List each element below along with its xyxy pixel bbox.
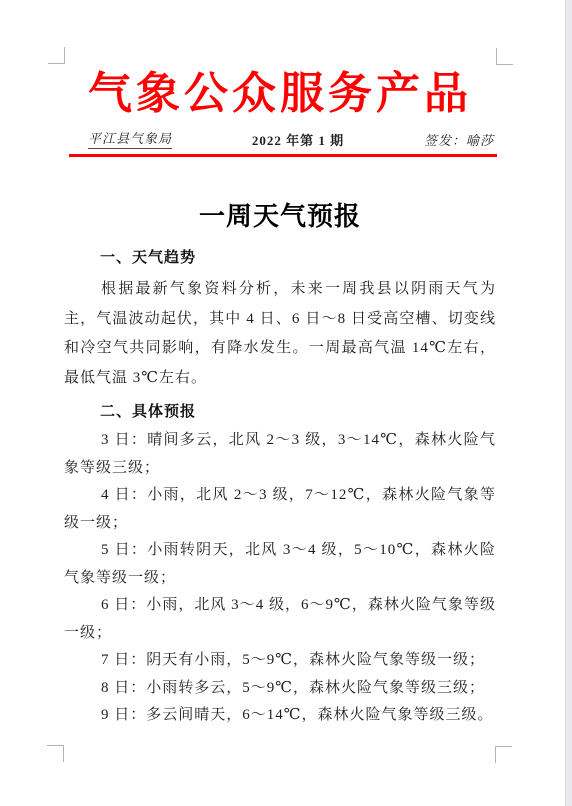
masthead-title: 气象公众服务产品 bbox=[64, 70, 496, 118]
forecast-item-day4: 4 日：小雨，北风 2～3 级，7～12℃，森林火险气象等级一级； bbox=[64, 482, 496, 537]
masthead-divider-rule bbox=[69, 154, 497, 157]
section-1-paragraph: 根据最新气象资料分析，未来一周我县以阴雨天气为主，气温波动起伏，其中 4 日、6… bbox=[64, 275, 496, 393]
forecast-item-day9: 9 日：多云间晴天，6～14℃，森林火险气象等级三级。 bbox=[64, 702, 496, 730]
masthead-info-row: 平江县气象局 2022 年第 1 期 签发：喻莎 bbox=[64, 130, 496, 149]
forecast-item-day6: 6 日：小雨，北风 3～4 级，6～9℃，森林火险气象等级一级； bbox=[64, 592, 496, 647]
section-1-heading: 一、天气趋势 bbox=[64, 247, 496, 269]
crop-mark-bottom-right bbox=[495, 746, 512, 763]
document-page: 气象公众服务产品 平江县气象局 2022 年第 1 期 签发：喻莎 一周天气预报… bbox=[0, 0, 572, 806]
document-title: 一周天气预报 bbox=[64, 201, 496, 231]
crop-mark-top-left bbox=[48, 47, 65, 64]
issue-number: 2022 年第 1 期 bbox=[252, 132, 344, 149]
signer-name: 签发：喻莎 bbox=[424, 132, 494, 149]
forecast-item-day8: 8 日：小雨转多云，5～9℃，森林火险气象等级三级； bbox=[64, 675, 496, 703]
forecast-item-day3: 3 日：晴间多云，北风 2～3 级，3～14℃，森林火险气象等级三级； bbox=[64, 427, 496, 482]
forecast-item-day5: 5 日：小雨转阴天，北风 3～4 级，5～10℃，森林火险气象等级一级； bbox=[64, 537, 496, 592]
crop-mark-top-right bbox=[496, 48, 513, 65]
page-edge bbox=[565, 0, 572, 806]
page-content: 气象公众服务产品 平江县气象局 2022 年第 1 期 签发：喻莎 一周天气预报… bbox=[64, 64, 496, 730]
agency-name: 平江县气象局 bbox=[88, 130, 172, 149]
forecast-item-day7: 7 日：阴天有小雨，5～9℃，森林火险气象等级一级； bbox=[64, 647, 496, 675]
section-2-heading: 二、具体预报 bbox=[64, 401, 496, 423]
forecast-item-list: 3 日：晴间多云，北风 2～3 级，3～14℃，森林火险气象等级三级； 4 日：… bbox=[64, 427, 496, 730]
crop-mark-bottom-left bbox=[47, 745, 64, 762]
